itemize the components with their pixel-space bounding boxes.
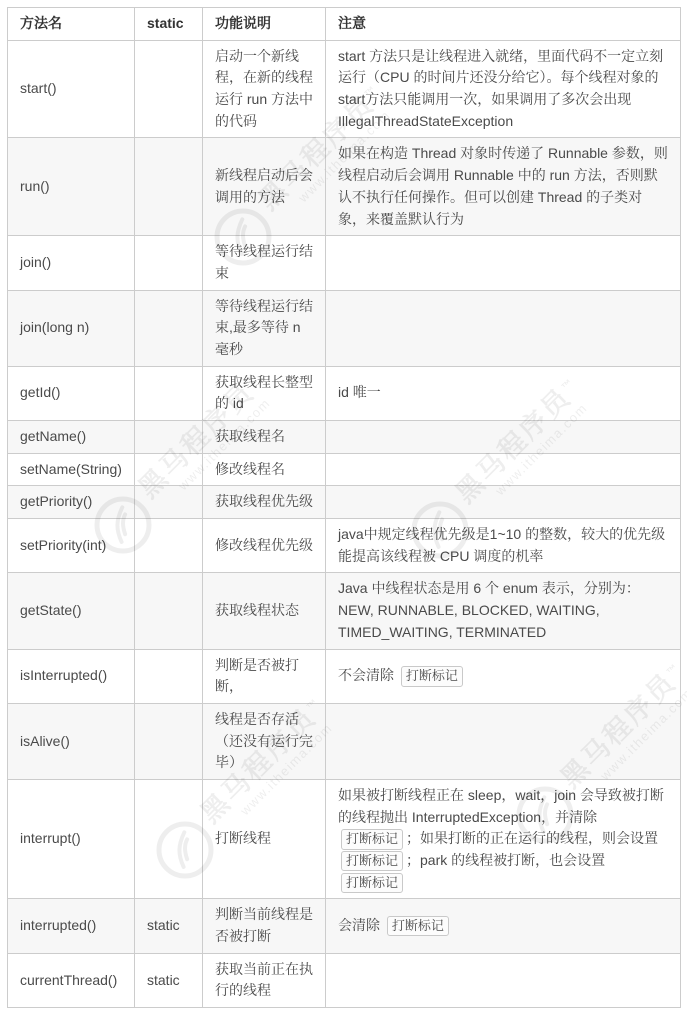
static-cell (135, 649, 203, 703)
note-cell: 不会清除 打断标记 (326, 649, 681, 703)
method-cell: getId() (8, 366, 135, 420)
desc-cell: 启动一个新线程，在新的线程运行 run 方法中的代码 (203, 40, 326, 138)
note-cell (326, 703, 681, 779)
desc-cell: 修改线程名 (203, 453, 326, 486)
static-cell (135, 366, 203, 420)
desc-cell: 修改线程优先级 (203, 519, 326, 573)
table-row: currentThread()static获取当前正在执行的线程 (8, 953, 681, 1007)
table-row: start()启动一个新线程，在新的线程运行 run 方法中的代码start 方… (8, 40, 681, 138)
note-cell (326, 290, 681, 366)
method-cell: join(long n) (8, 290, 135, 366)
desc-cell: 获取线程优先级 (203, 486, 326, 519)
note-cell (326, 953, 681, 1007)
desc-cell: 判断是否被打断， (203, 649, 326, 703)
column-header-method: 方法名 (8, 8, 135, 41)
table-row: getName()获取线程名 (8, 421, 681, 454)
interrupt-flag-badge: 打断标记 (387, 916, 449, 936)
method-cell: join() (8, 236, 135, 290)
desc-cell: 获取线程状态 (203, 573, 326, 649)
method-cell: getName() (8, 421, 135, 454)
method-cell: isInterrupted() (8, 649, 135, 703)
table-row: getId()获取线程长整型的 idid 唯一 (8, 366, 681, 420)
desc-cell: 新线程启动后会调用的方法 (203, 138, 326, 236)
table-row: isInterrupted()判断是否被打断，不会清除 打断标记 (8, 649, 681, 703)
note-cell: 会清除 打断标记 (326, 899, 681, 953)
interrupt-flag-badge: 打断标记 (341, 851, 403, 871)
interrupt-flag-badge: 打断标记 (341, 829, 403, 849)
static-cell (135, 519, 203, 573)
static-cell (135, 40, 203, 138)
static-cell (135, 573, 203, 649)
static-cell (135, 453, 203, 486)
static-cell (135, 779, 203, 898)
note-cell: Java 中线程状态是用 6 个 enum 表示，分别为：NEW, RUNNAB… (326, 573, 681, 649)
static-cell (135, 703, 203, 779)
column-header-note: 注意 (326, 8, 681, 41)
method-cell: setName(String) (8, 453, 135, 486)
desc-cell: 等待线程运行结束,最多等待 n 毫秒 (203, 290, 326, 366)
table-row: setName(String)修改线程名 (8, 453, 681, 486)
desc-cell: 判断当前线程是否被打断 (203, 899, 326, 953)
method-cell: setPriority(int) (8, 519, 135, 573)
static-cell: static (135, 953, 203, 1007)
method-cell: getPriority() (8, 486, 135, 519)
desc-cell: 获取当前正在执行的线程 (203, 953, 326, 1007)
method-cell: interrupted() (8, 899, 135, 953)
note-cell: id 唯一 (326, 366, 681, 420)
thread-methods-table: 方法名 static 功能说明 注意 start()启动一个新线程，在新的线程运… (7, 7, 681, 1008)
static-cell (135, 236, 203, 290)
desc-cell: 获取线程名 (203, 421, 326, 454)
table-row: join()等待线程运行结束 (8, 236, 681, 290)
method-cell: currentThread() (8, 953, 135, 1007)
note-cell (326, 486, 681, 519)
note-cell (326, 421, 681, 454)
column-header-static: static (135, 8, 203, 41)
table-row: getPriority()获取线程优先级 (8, 486, 681, 519)
note-cell: start 方法只是让线程进入就绪，里面代码不一定立刻运行（CPU 的时间片还没… (326, 40, 681, 138)
static-cell (135, 138, 203, 236)
note-cell: 如果在构造 Thread 对象时传递了 Runnable 参数，则线程启动后会调… (326, 138, 681, 236)
page-root: { "colors": { "border": "#cccccc", "stri… (0, 0, 687, 1011)
column-header-desc: 功能说明 (203, 8, 326, 41)
static-cell (135, 421, 203, 454)
desc-cell: 线程是否存活（还没有运行完毕） (203, 703, 326, 779)
desc-cell: 打断线程 (203, 779, 326, 898)
desc-cell: 获取线程长整型的 id (203, 366, 326, 420)
table-row: isAlive()线程是否存活（还没有运行完毕） (8, 703, 681, 779)
header-row: 方法名 static 功能说明 注意 (8, 8, 681, 41)
note-cell: 如果被打断线程正在 sleep，wait，join 会导致被打断的线程抛出 In… (326, 779, 681, 898)
table-row: getState()获取线程状态Java 中线程状态是用 6 个 enum 表示… (8, 573, 681, 649)
note-cell: java中规定线程优先级是1~10 的整数，较大的优先级能提高该线程被 CPU … (326, 519, 681, 573)
method-cell: interrupt() (8, 779, 135, 898)
interrupt-flag-badge: 打断标记 (341, 873, 403, 893)
table-header: 方法名 static 功能说明 注意 (8, 8, 681, 41)
static-cell (135, 486, 203, 519)
table-row: join(long n)等待线程运行结束,最多等待 n 毫秒 (8, 290, 681, 366)
table-row: run()新线程启动后会调用的方法如果在构造 Thread 对象时传递了 Run… (8, 138, 681, 236)
note-cell (326, 236, 681, 290)
static-cell: static (135, 899, 203, 953)
table-row: interrupted()static判断当前线程是否被打断会清除 打断标记 (8, 899, 681, 953)
method-cell: start() (8, 40, 135, 138)
method-cell: getState() (8, 573, 135, 649)
desc-cell: 等待线程运行结束 (203, 236, 326, 290)
table-row: setPriority(int)修改线程优先级java中规定线程优先级是1~10… (8, 519, 681, 573)
method-cell: isAlive() (8, 703, 135, 779)
static-cell (135, 290, 203, 366)
table-row: interrupt()打断线程如果被打断线程正在 sleep，wait，join… (8, 779, 681, 898)
table-body: start()启动一个新线程，在新的线程运行 run 方法中的代码start 方… (8, 40, 681, 1007)
method-cell: run() (8, 138, 135, 236)
note-cell (326, 453, 681, 486)
interrupt-flag-badge: 打断标记 (401, 666, 463, 686)
